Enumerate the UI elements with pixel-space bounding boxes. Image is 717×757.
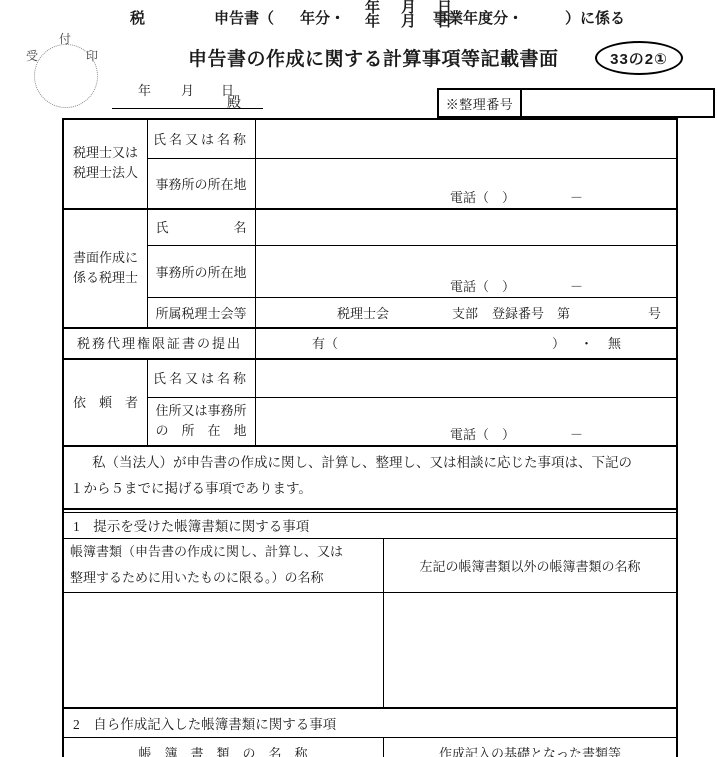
zeirishi-name-field[interactable] [257,118,676,158]
section-2-left-header: 帳 簿 書 類 の 名 称 [64,743,382,757]
name-or-title-label: 氏名又は名称 [148,358,254,397]
tax-agent-certificate-choice[interactable]: 有（ ） ・ 無 [257,327,676,358]
option-no[interactable]: 無 [608,333,621,352]
phone-dash: － [570,187,583,206]
phone-label: 電話（ ） [450,276,515,295]
year-portion-label: 年分・ [300,7,345,28]
form-number-badge: 33の2① [595,41,683,75]
form-applies-to-line: 税 申告書（ 年分・ 年 月 日 年 月 日 事業年度分・ ）に係る [0,0,717,32]
affiliated-association-field[interactable]: 税理士会 支部 登録番号 第 号 [257,297,676,327]
section-1-right-entry-field[interactable] [385,593,675,706]
grid-line [62,508,678,510]
addressee-fill-line[interactable] [112,108,263,109]
addressee-dono-label: 殿 [227,92,241,112]
declaration-line-2: １から５までに掲げる事項であります。 [70,476,678,502]
business-year-label: 事業年度分・ [433,7,523,28]
reference-number-box: ※整理番号 [437,88,715,118]
association-suffix-label: 税理士会 [337,303,389,322]
registration-number-label: 登録番号 [492,303,544,322]
client-name-field[interactable] [257,358,676,397]
stamp-char-uke: 受 [26,47,38,64]
section-1-left-entry-field[interactable] [64,593,382,706]
phone-dash: － [570,276,583,295]
section-2-right-header: 作成記入の基礎となった書類等 [385,743,675,757]
section-1-left-header: 帳簿書類（申告書の作成に関し、計算し、又は 整理するために用いたものに限る。）の… [64,538,383,593]
reference-number-label: ※整理番号 [439,90,522,116]
group-client-label: 依 頼 者 [64,358,147,445]
group-zeirishi-label: 税理士又は 税理士法人 [64,118,147,208]
section-1-right-header: 左記の帳簿書類以外の帳簿書類の名称 [385,538,675,592]
number-suffix-label: 号 [648,303,661,322]
phone-line: 電話（ ） － [257,276,676,294]
closing-paren-label: ）に係る [565,7,625,28]
addressee-month-label: 月 [181,80,194,99]
stamp-char-in: 印 [86,47,98,64]
reference-number-field[interactable] [522,90,713,116]
phone-line: 電話（ ） － [257,187,676,205]
zeirishi-office-address-field[interactable]: 電話（ ） － [257,158,676,208]
section-2-title: 2 自ら作成記入した帳簿書類に関する事項 [64,708,681,737]
tax-agent-certificate-label: 税務代理権限証書の提出 [64,327,255,358]
section-1-title: 1 提示を受けた帳簿書類に関する事項 [64,512,681,538]
page-title: 申告書の作成に関する計算事項等記載書面 [188,44,559,71]
number-prefix-label: 第 [557,303,570,322]
tax-form-page: { "top_line": { "tax": "税", "form": "申告書… [0,0,717,757]
name-or-title-label: 氏名又は名称 [148,118,254,158]
declaration-line-1: 私（当法人）が申告書の作成に関し、計算し、整理し、又は相談に応じた事項は、下記の [70,450,678,476]
option-separator-dot: ・ [580,333,593,352]
phone-label: 電話（ ） [450,424,515,443]
phone-line: 電話（ ） － [257,424,676,442]
option-close-paren: ） [552,333,565,352]
return-label: 申告書（ [214,7,274,28]
group-document-preparer-label: 書面作成に 係る税理士 [64,208,147,327]
name-label: 氏 名 [148,208,254,245]
option-yes-open[interactable]: 有（ [312,333,338,352]
affiliated-association-label: 所属税理士会等 [148,297,254,327]
office-address-label: 事務所の所在地 [148,245,254,297]
phone-label: 電話（ ） [450,187,515,206]
grid-line [383,538,384,707]
stamp-char-tsuke: 付 [59,30,71,47]
grid-line [255,118,256,445]
grid-line [62,737,678,738]
grid-line [676,118,678,757]
client-address-field[interactable]: 電話（ ） － [257,397,676,445]
preparer-office-address-field[interactable]: 電話（ ） － [257,245,676,297]
declaration-paragraph: 私（当法人）が申告書の作成に関し、計算し、整理し、又は相談に応じた事項は、下記の… [64,445,680,502]
client-address-label: 住所又は事務所 の 所 在 地 [148,397,254,445]
addressee-year-label: 年 [138,80,151,99]
tax-label: 税 [130,7,145,28]
grid-line [383,737,384,757]
branch-label: 支部 [452,303,478,322]
phone-dash: － [570,424,583,443]
office-address-label: 事務所の所在地 [148,158,254,208]
preparer-name-field[interactable] [257,208,676,245]
